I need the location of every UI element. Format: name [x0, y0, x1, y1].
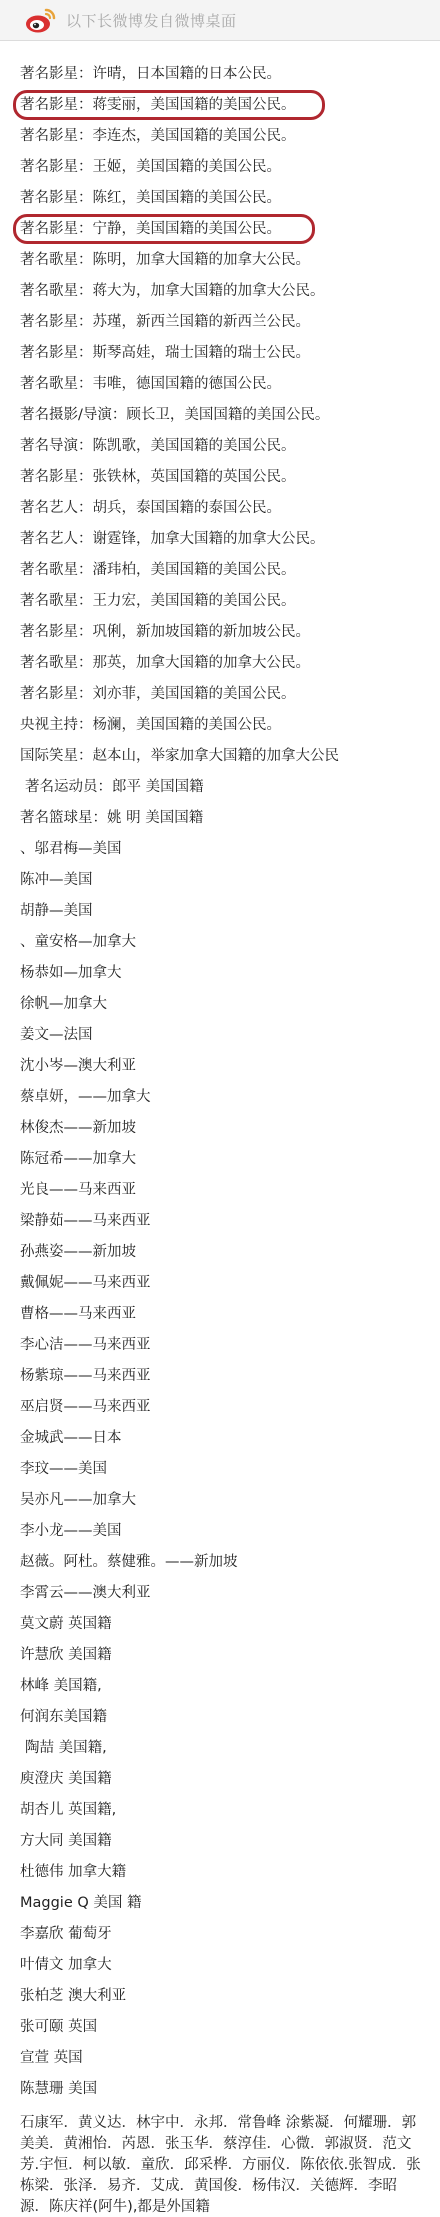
- list-item: 著名影星：斯琴高娃，瑞士国籍的瑞士公民。: [20, 344, 310, 362]
- list-item: 赵薇。阿杜。蔡健雅。——新加坡: [20, 1553, 238, 1571]
- list-item: 著名影星：张铁林，英国国籍的英国公民。: [20, 468, 296, 486]
- list-item: 、童安格—加拿大: [20, 933, 136, 951]
- list-item: 杨紫琼——马来西亚: [20, 1367, 151, 1385]
- list-item: 著名影星：巩俐，新加坡国籍的新加坡公民。: [20, 623, 310, 641]
- weibo-logo-icon: [24, 6, 58, 34]
- list-item: 方大同 美国籍: [20, 1832, 112, 1850]
- list-item: 戴佩妮——马来西亚: [20, 1274, 151, 1292]
- weibo-header: 以下长微博发自微博桌面: [0, 0, 440, 41]
- list-item: 曹格——马来西亚: [20, 1305, 136, 1323]
- list-item: 陈慧珊 美国: [20, 2080, 97, 2098]
- list-item: 巫启贤——马来西亚: [20, 1398, 151, 1416]
- list-item: 张柏芝 澳大利亚: [20, 1987, 126, 2005]
- list-item: 陶喆 美国籍,: [25, 1739, 107, 1757]
- list-item: 、邬君梅—美国: [20, 840, 122, 858]
- list-item: 著名影星：刘亦菲，美国国籍的美国公民。: [20, 685, 296, 703]
- header-title: 以下长微博发自微博桌面: [66, 10, 237, 31]
- list-item: 著名影星：许晴，日本国籍的日本公民。: [20, 65, 281, 83]
- list-item: 胡杏儿 英国籍,: [20, 1801, 116, 1819]
- list-item: 李霄云——澳大利亚: [20, 1584, 151, 1602]
- list-item: 许慧欣 美国籍: [20, 1646, 112, 1664]
- list-item: 著名导演：陈凯歌，美国国籍的美国公民。: [20, 437, 296, 455]
- list-item: 央视主持：杨澜，美国国籍的美国公民。: [20, 716, 281, 734]
- list-item: 李嘉欣 葡萄牙: [20, 1925, 112, 1943]
- list-item: 著名篮球星：姚 明 美国国籍: [20, 809, 203, 827]
- list-item: 梁静茹——马来西亚: [20, 1212, 151, 1230]
- list-item: 姜文—法国: [20, 1026, 93, 1044]
- list-item: 沈小岑—澳大利亚: [20, 1057, 136, 1075]
- list-item: 陈冠希——加拿大: [20, 1150, 136, 1168]
- list-item: 吴亦凡——加拿大: [20, 1491, 136, 1509]
- list-item: 庾澄庆 美国籍: [20, 1770, 112, 1788]
- list-item: 著名歌星：蒋大为，加拿大国籍的加拿大公民。: [20, 282, 325, 300]
- list-item: 宣萱 英国: [20, 2049, 83, 2067]
- list-item: 林俊杰——新加坡: [20, 1119, 136, 1137]
- list-item: 孙燕姿——新加坡: [20, 1243, 136, 1261]
- list-item: 光良——马来西亚: [20, 1181, 136, 1199]
- list-item: 莫文蔚 英国籍: [20, 1615, 112, 1633]
- list-item: 著名影星：蒋雯丽，美国国籍的美国公民。: [20, 96, 296, 114]
- list-item: 著名歌星：韦唯，德国国籍的德国公民。: [20, 375, 281, 393]
- list-item: 李玟——美国: [20, 1460, 107, 1478]
- list-item: 张可颐 英国: [20, 2018, 97, 2036]
- list-item: 胡静—美国: [20, 902, 93, 920]
- list-item: 著名影星：宁静，美国国籍的美国公民。: [20, 220, 281, 238]
- list-item: 著名运动员：郎平 美国国籍: [25, 778, 204, 796]
- list-item: 著名艺人：谢霆锋，加拿大国籍的加拿大公民。: [20, 530, 325, 548]
- list-item: 著名歌星：潘玮柏，美国国籍的美国公民。: [20, 561, 296, 579]
- list-item: 叶倩文 加拿大: [20, 1956, 112, 1974]
- list-item: 李心洁——马来西亚: [20, 1336, 151, 1354]
- list-item: 李小龙——美国: [20, 1522, 122, 1540]
- list-item: 蔡卓妍，——加拿大: [20, 1088, 151, 1106]
- list-item: 著名歌星：王力宏，美国国籍的美国公民。: [20, 592, 296, 610]
- list-item: 金城武——日本: [20, 1429, 122, 1447]
- list-item: 何润东美国籍: [20, 1708, 107, 1726]
- closing-paragraph: 石康军．黄义达．林宇中．永邦．常鲁峰 涂紫凝．何耀珊．郭美美．黄湘怡．芮恩．张玉…: [20, 2113, 425, 2217]
- list-item: Maggie Q 美国 籍: [20, 1894, 142, 1912]
- list-item: 著名摄影/导演：顾长卫，美国国籍的美国公民。: [20, 406, 329, 424]
- list-item: 著名艺人：胡兵，泰国国籍的泰国公民。: [20, 499, 281, 517]
- list-item: 杨恭如—加拿大: [20, 964, 122, 982]
- list-item: 著名歌星：那英，加拿大国籍的加拿大公民。: [20, 654, 310, 672]
- list-item: 国际笑星：赵本山，举家加拿大国籍的加拿大公民: [20, 747, 339, 765]
- list-item: 著名影星：王姬，美国国籍的美国公民。: [20, 158, 281, 176]
- list-item: 著名影星：李连杰，美国国籍的美国公民。: [20, 127, 296, 145]
- list-item: 林峰 美国籍,: [20, 1677, 102, 1695]
- list-item: 徐帆—加拿大: [20, 995, 107, 1013]
- list-item: 陈冲—美国: [20, 871, 93, 889]
- list-item: 著名歌星：陈明，加拿大国籍的加拿大公民。: [20, 251, 310, 269]
- list-item: 著名影星：苏瑾，新西兰国籍的新西兰公民。: [20, 313, 310, 331]
- list-item: 著名影星：陈红，美国国籍的美国公民。: [20, 189, 281, 207]
- list-item: 杜德伟 加拿大籍: [20, 1863, 126, 1881]
